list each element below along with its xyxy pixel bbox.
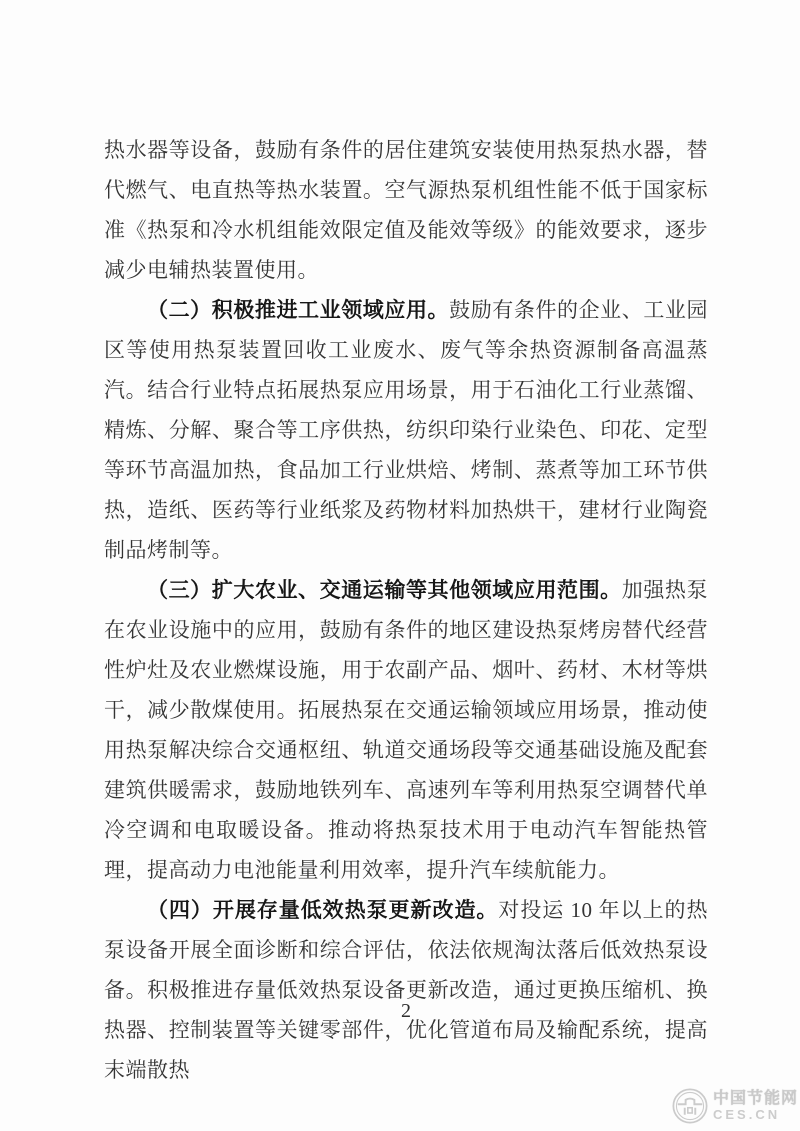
site-watermark: 中国节能网 CES.CN	[669, 1085, 798, 1127]
paragraph-body: 加强热泵在农业设施中的应用，鼓励有条件的地区建设热泵烤房替代经营性炉灶及农业燃煤…	[104, 578, 708, 882]
paragraph-lead: （三）扩大农业、交通运输等其他领域应用范围。	[147, 578, 622, 602]
paragraph: （三）扩大农业、交通运输等其他领域应用范围。加强热泵在农业设施中的应用，鼓励有条…	[104, 570, 708, 890]
paragraph: （四）开展存量低效热泵更新改造。对投运 10 年以上的热泵设备开展全面诊断和综合…	[104, 890, 708, 1090]
paragraph-body: 对投运 10 年以上的热泵设备开展全面诊断和综合评估，依法依规淘汰落后低效热泵设…	[104, 898, 708, 1082]
paragraph-body: 鼓励有条件的企业、工业园区等使用热泵装置回收工业废水、废气等余热资源制备高温蒸汽…	[104, 298, 708, 562]
ces-circle-logo-icon	[669, 1085, 711, 1127]
paragraph-lead: （二）积极推进工业领域应用。	[147, 298, 449, 322]
paragraph-lead: （四）开展存量低效热泵更新改造。	[147, 898, 498, 922]
watermark-text: 中国节能网 CES.CN	[713, 1091, 798, 1121]
watermark-site-url: CES.CN	[713, 1108, 798, 1122]
document-page: 热水器等设备，鼓励有条件的居住建筑安装使用热泵热水器，替代燃气、电直热等热水装置…	[0, 0, 800, 1131]
paragraph: 热水器等设备，鼓励有条件的居住建筑安装使用热泵热水器，替代燃气、电直热等热水装置…	[104, 130, 708, 290]
watermark-site-name: 中国节能网	[713, 1091, 798, 1108]
page-number: 2	[104, 1000, 708, 1023]
paragraph-body: 热水器等设备，鼓励有条件的居住建筑安装使用热泵热水器，替代燃气、电直热等热水装置…	[104, 138, 708, 282]
document-text-body: 热水器等设备，鼓励有条件的居住建筑安装使用热泵热水器，替代燃气、电直热等热水装置…	[104, 130, 708, 1090]
paragraph: （二）积极推进工业领域应用。鼓励有条件的企业、工业园区等使用热泵装置回收工业废水…	[104, 290, 708, 570]
